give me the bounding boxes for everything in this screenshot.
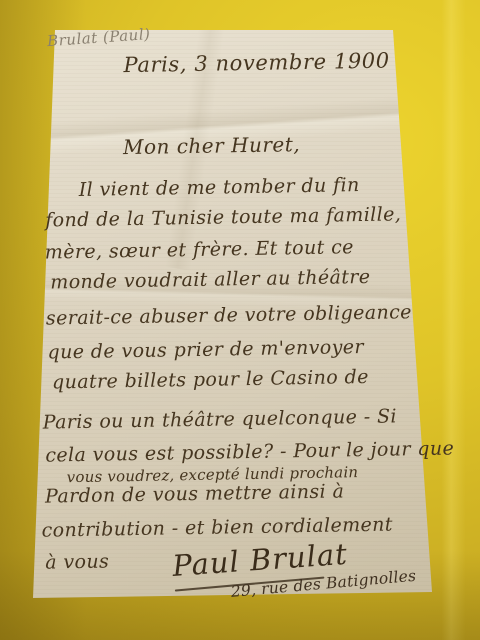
letter-body-line: mère, sœur et frère. Et tout ce — [45, 236, 354, 263]
letter-salutation: Mon cher Huret, — [123, 132, 301, 159]
letter-body-line: que de vous prier de m'envoyer — [47, 336, 364, 364]
letter-body-line: fond de la Tunisie toute ma famille, — [45, 203, 401, 231]
archival-annotation: Brulat (Paul) — [47, 25, 151, 50]
letter-body-line: Il vient de me tomber du fin — [79, 174, 360, 201]
letter-body-line: monde voudrait aller au théâtre — [50, 266, 370, 294]
letter-body-line: à vous — [45, 550, 109, 573]
letter-body-line: quatre billets pour le Casino de — [52, 366, 369, 394]
photograph-of-letter: Brulat (Paul) Paris, 3 novembre 1900 Mon… — [0, 0, 480, 640]
letter-body-line: Paris ou un théâtre quelconque - Si — [43, 405, 397, 433]
handwriting-layer: Brulat (Paul) Paris, 3 novembre 1900 Mon… — [0, 0, 480, 640]
letter-body-line: cela vous est possible? - Pour le jour q… — [45, 437, 454, 466]
letter-body-line: serait-ce abuser de votre obligeance — [46, 301, 412, 329]
letter-dateline: Paris, 3 novembre 1900 — [123, 49, 390, 78]
letter-body-line: Pardon de vous mettre ainsi à — [45, 480, 345, 507]
